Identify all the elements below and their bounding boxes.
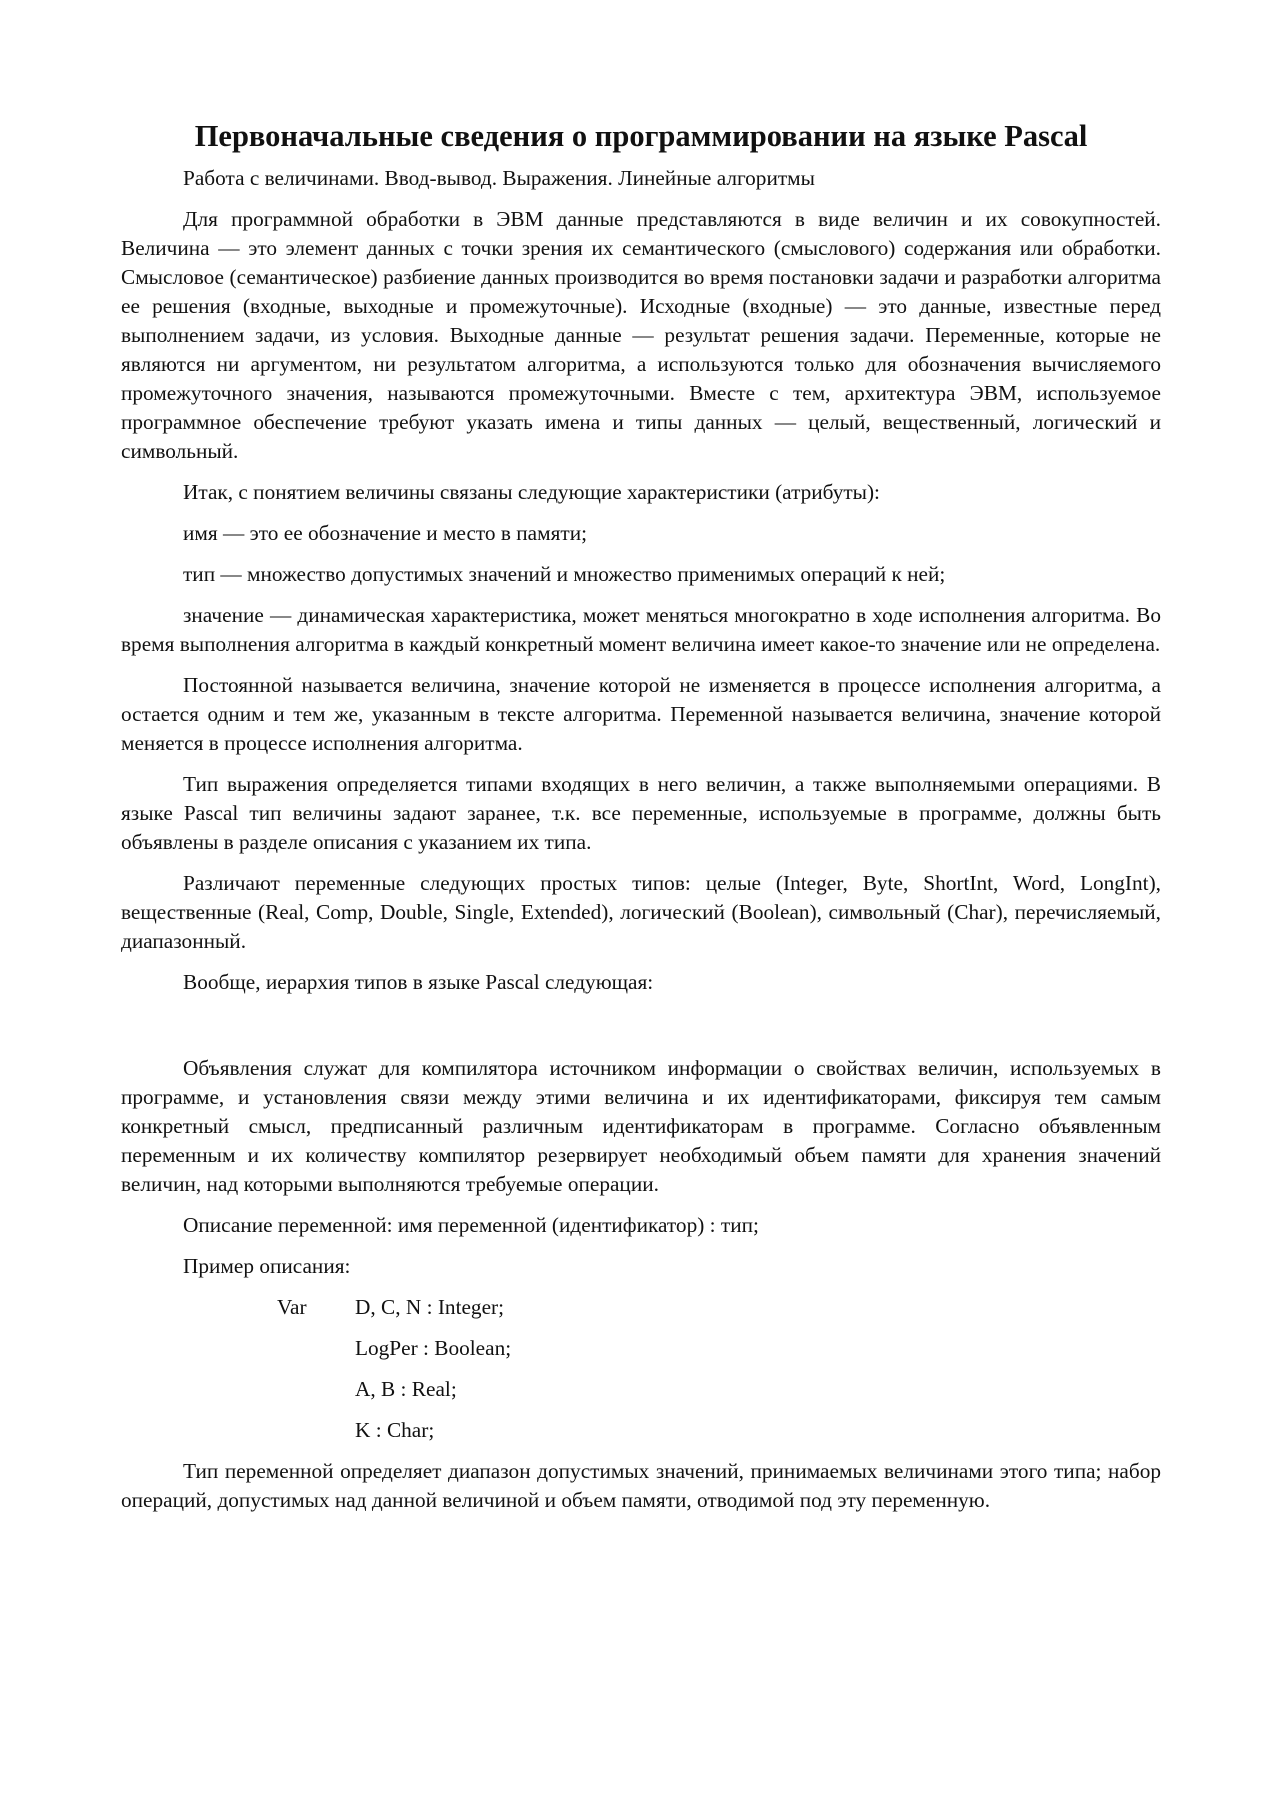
- code-declaration: LogPer : Boolean;: [355, 1334, 511, 1363]
- paragraph-intro: Для программной обработки в ЭВМ данные п…: [121, 205, 1161, 466]
- paragraph-attribute-value: значение — динамическая характеристика, …: [121, 601, 1161, 659]
- paragraph-attribute-type: тип — множество допустимых значений и мн…: [121, 560, 1161, 589]
- code-declaration: K : Char;: [355, 1416, 434, 1445]
- page-title: Первоначальные сведения о программирован…: [121, 118, 1161, 154]
- code-example: Var D, C, N : Integer; LogPer : Boolean;…: [121, 1293, 1161, 1457]
- paragraph-declarations: Объявления служат для компилятора источн…: [121, 1054, 1161, 1199]
- code-line: Var D, C, N : Integer;: [121, 1293, 1161, 1334]
- paragraph-expression-type: Тип выражения определяется типами входящ…: [121, 770, 1161, 857]
- paragraph-variable-description: Описание переменной: имя переменной (иде…: [121, 1211, 1161, 1240]
- code-line: A, B : Real;: [121, 1375, 1161, 1416]
- paragraph-type-hierarchy: Вообще, иерархия типов в языке Pascal сл…: [121, 968, 1161, 997]
- code-line: K : Char;: [121, 1416, 1161, 1457]
- paragraph-attribute-name: имя — это ее обозначение и место в памят…: [121, 519, 1161, 548]
- paragraph-attributes-lead: Итак, с понятием величины связаны следую…: [121, 478, 1161, 507]
- subtitle: Работа с величинами. Ввод-вывод. Выражен…: [121, 164, 1161, 193]
- code-line: LogPer : Boolean;: [121, 1334, 1161, 1375]
- code-keyword-var: Var: [277, 1293, 355, 1322]
- paragraph-example-label: Пример описания:: [121, 1252, 1161, 1281]
- type-hierarchy-placeholder: [121, 1009, 1161, 1054]
- paragraph-simple-types: Различают переменные следующих простых т…: [121, 869, 1161, 956]
- paragraph-constants-variables: Постоянной называется величина, значение…: [121, 671, 1161, 758]
- code-declaration: D, C, N : Integer;: [355, 1293, 504, 1322]
- code-declaration: A, B : Real;: [355, 1375, 457, 1404]
- document-page: Первоначальные сведения о программирован…: [121, 118, 1161, 1527]
- paragraph-variable-type: Тип переменной определяет диапазон допус…: [121, 1457, 1161, 1515]
